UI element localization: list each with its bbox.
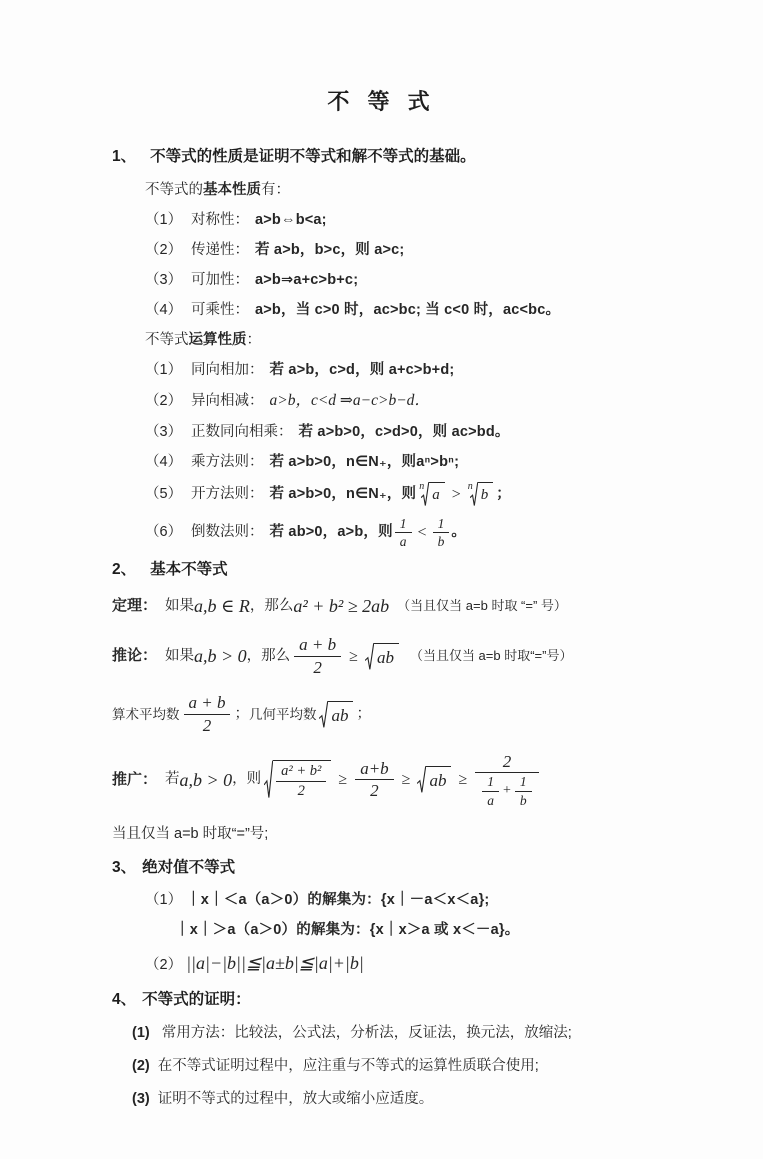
list-item: （1） 对称性： a>b⇔b<a; [112,210,651,231]
means-line: 算术平均数 a + b 2 ； 几何平均数 ab ； [112,693,651,735]
section-number: 1、 [112,148,136,165]
item-label: 可乘性： [191,300,249,321]
item-label: 可加性： [191,270,249,291]
item-number: （4） [145,300,191,321]
math-nth-root: n a [419,482,445,507]
fraction-numerator: a + b [294,635,341,657]
fraction-numerator: 1 [482,774,499,792]
item-label: 对称性： [191,210,249,231]
math-fraction: a + b 2 [294,635,341,677]
fraction-denominator: 2 [365,780,384,801]
item-text: a>b⇒a+c>b+c; [255,270,358,291]
list-item: （4） 乘方法则： 若 a>b>0，n∈N₊，则aⁿ>bⁿ; [112,452,651,473]
math-fraction: a + b 2 [184,693,231,735]
abs-item-1: （1） ｜x｜＜a（a＞0）的解集为：{x｜－a＜x＜a}; [112,890,651,911]
math-square-root: ab [365,643,399,671]
item-text: ｜x｜＜a（a＞0）的解集为：{x｜－a＜x＜a}; [186,892,489,908]
item-text: 若 a>b>0，c>d>0，则 ac>bd。 [299,422,510,443]
comparison-operator: ≥ [458,768,467,791]
fraction-denominator: a [482,792,499,809]
section-4-heading: 4、不等式的证明： [112,989,651,1011]
proof-item: (2)在不等式证明过程中，应注重与不等式的运算性质联合使用; [112,1056,651,1077]
item-text-post: 。 [451,522,466,543]
math-fraction: 1 a [395,516,412,550]
line-end: ； [356,704,371,725]
page-title: 不 等 式 [112,86,651,118]
section-heading-text: 不等式的证明： [142,991,251,1008]
item-label: 正数同向相乘： [191,422,293,443]
proof-item: (3)证明不等式的过程中，放大或缩小应适度。 [112,1089,651,1110]
theorem-math-2: a² + b² ≥ 2ab [293,593,389,619]
item-number: （4） [145,452,191,473]
math-complex-fraction: 2 1 a + 1 b [475,752,538,809]
item-text: 常用方法：比较法，公式法，分析法，反证法，换元法，放缩法; [162,1025,572,1041]
item-text: a>b⇔b<a; [255,210,327,231]
fraction-numerator: 1 [515,774,532,792]
fraction-numerator: 2 [475,752,538,774]
list-item: （2） 传递性： 若 a>b，b>c，则 a>c; [112,240,651,261]
radical-sign-icon [264,760,273,799]
corollary-math-1: a,b > 0 [194,643,247,669]
subheading-pre: 不等式 [145,332,189,348]
list-item-root-rule: （5） 开方法则： 若 a>b>0，n∈N₊，则 n a > n b ； [112,482,651,507]
radical-sign-icon [421,482,429,507]
item-number: （2） [145,391,191,412]
section-3-heading: 3、绝对值不等式 [112,857,651,879]
item-label: 异向相减： [191,391,264,412]
section-heading-text: 不等式的性质是证明不等式和解不等式的基础。 [150,148,476,165]
document-page: 不 等 式 1、不等式的性质是证明不等式和解不等式的基础。 不等式的基本性质有：… [0,0,763,1159]
root-argument: a² + b² 2 [273,760,331,799]
theorem-line: 定理： 如果 a,b ∈ R ，那么 a² + b² ≥ 2ab （当且仅当 a… [112,593,651,619]
list-item-reciprocal-rule: （6） 倒数法则： 若 ab>0，a>b，则 1 a < 1 b 。 [112,516,651,550]
item-label: 同向相加： [191,360,264,381]
fraction-denominator: 2 [308,657,327,678]
extension-mid: ，则 [232,769,261,790]
item-text: 若 a>b，c>d，则 a+c>b+d; [270,360,455,381]
theorem-math-1: a,b ∈ R [194,593,250,619]
arithmetic-mean-label: 算术平均数 [112,705,180,725]
fraction-denominator: a [395,533,412,550]
radical-sign-icon [417,766,426,794]
section-2-heading: 2、基本不等式 [112,559,651,581]
item-label: 倒数法则： [191,522,264,543]
corollary-pre: 如果 [165,646,194,667]
item-number: (1) [132,1025,150,1041]
item-number: （1） [145,210,191,231]
theorem-mid: ，那么 [250,596,294,617]
section-heading-text: 基本不等式 [150,561,228,578]
math-square-root: ab [319,701,353,729]
list-item: （3） 正数同向相乘： 若 a>b>0，c>d>0，则 ac>bd。 [112,422,651,443]
theorem-note: （当且仅当 a=b 时取 “=” 号） [397,597,567,616]
geometric-mean-label: 几何平均数 [249,705,317,725]
item-text: a>b，当 c>0 时，ac>bc; 当 c<0 时，ac<bc。 [255,300,560,321]
plus-operator: + [503,783,511,799]
item-number: （5） [145,484,191,505]
item-text: 若 a>b>0，n∈N₊，则aⁿ>bⁿ; [270,452,460,473]
fraction-denominator: b [433,533,450,550]
comparison-operator: < [418,521,427,544]
subheading-bold: 基本性质 [203,182,261,198]
extension-line: 推广： 若 a,b > 0 ，则 a² + b² 2 ≥ a+b 2 ≥ ab … [112,752,651,809]
subheading-basic-properties: 不等式的基本性质有： [112,180,651,201]
math-nth-root: n b [468,482,494,507]
radical-sign-icon [365,643,374,671]
item-text: 证明不等式的过程中，放大或缩小应适度。 [158,1091,434,1107]
item-number: (3) [132,1091,150,1107]
item-number: （1） [145,360,191,381]
equality-condition-note: 当且仅当 a=b 时取“=”号; [112,824,651,845]
subheading-pre: 不等式的 [145,182,203,198]
corollary-label: 推论： [112,645,157,667]
root-argument: ab [426,766,451,794]
fraction-numerator: a+b [355,759,393,781]
section-number: 2、 [112,561,136,578]
item-number: （2） [145,240,191,261]
item-text: 在不等式证明过程中，应注重与不等式的运算性质联合使用; [158,1058,539,1074]
item-number: （6） [145,522,191,543]
item-text: 若 a>b，b>c，则 a>c; [255,240,404,261]
corollary-note: （当且仅当 a=b 时取“=”号） [410,647,573,666]
math-fraction: 1 b [515,774,532,808]
math-square-root: ab [417,766,451,794]
section-1-heading: 1、不等式的性质是证明不等式和解不等式的基础。 [112,146,651,168]
item-text: ｜x｜＞a（a＞0）的解集为：{x｜x＞a 或 x＜－a}。 [175,922,519,938]
extension-math-1: a,b > 0 [180,767,233,793]
item-math: a>b，c<d ⇒a−c>b−d． [270,390,430,412]
item-text-pre: 若 ab>0，a>b，则 [270,522,393,543]
list-item: （2） 异向相减： a>b，c<d ⇒a−c>b−d． [112,390,651,412]
math-fraction: 1 b [433,516,450,550]
section-number: 4、 [112,991,136,1008]
fraction-numerator: 1 [433,516,450,534]
item-label: 传递性： [191,240,249,261]
comparison-operator: ≥ [338,768,347,791]
subheading-bold: 运算性质 [189,332,247,348]
item-text-pre: 若 a>b>0，n∈N₊，则 [270,484,417,505]
item-label: 乘方法则： [191,452,264,473]
fraction-denominator: b [515,792,532,809]
item-number: (2) [132,1058,150,1074]
corollary-mid: ，那么 [247,646,291,667]
list-item: （3） 可加性： a>b⇒a+c>b+c; [112,270,651,291]
fraction-denominator: 1 a + 1 b [475,773,538,808]
root-argument: ab [328,701,353,729]
section-heading-text: 绝对值不等式 [142,859,235,876]
fraction-numerator: a + b [184,693,231,715]
extension-label: 推广： [112,769,157,791]
comparison-operator: ≥ [349,645,358,668]
math-fraction: a² + b² 2 [276,763,326,799]
section-number: 3、 [112,859,136,876]
item-number: （1） [145,892,182,908]
fraction-denominator: 2 [198,715,217,736]
math-fraction: 1 a [482,774,499,808]
root-argument: ab [374,643,399,671]
proof-item: (1)常用方法：比较法，公式法，分析法，反证法，换元法，放缩法; [112,1023,651,1044]
item-label: 开方法则： [191,484,264,505]
extension-pre: 若 [165,769,180,790]
subheading-post: ： [247,332,262,348]
list-item: （4） 可乘性： a>b，当 c>0 时，ac>bc; 当 c<0 时，ac<b… [112,300,651,321]
radical-sign-icon [319,701,328,729]
item-number: （3） [145,270,191,291]
root-argument: b [478,482,494,507]
corollary-line: 推论： 如果 a,b > 0 ，那么 a + b 2 ≥ ab （当且仅当 a=… [112,635,651,677]
separator: ； [234,704,249,725]
item-number: （2） [145,957,182,973]
comparison-operator: ≥ [402,768,411,791]
fraction-numerator: a² + b² [276,763,326,782]
subheading-post: 有： [261,182,290,198]
subheading-operation-properties: 不等式运算性质： [112,330,651,351]
item-text-post: ； [496,484,511,505]
theorem-label: 定理： [112,595,157,617]
comparison-operator: > [452,483,461,506]
math-square-root-of-fraction: a² + b² 2 [264,760,331,799]
theorem-pre: 如果 [165,596,194,617]
math-fraction: a+b 2 [355,759,393,801]
item-number: （3） [145,422,191,443]
list-item: （1） 同向相加： 若 a>b，c>d，则 a+c>b+d; [112,360,651,381]
abs-item-2: （2） ||a|−|b||≦|a±b|≦|a|+|b| [112,950,651,976]
abs-item-1b: ｜x｜＞a（a＞0）的解集为：{x｜x＞a 或 x＜－a}。 [112,920,651,941]
fraction-denominator: 2 [293,782,310,800]
fraction-numerator: 1 [395,516,412,534]
radical-sign-icon [470,482,478,507]
item-math: ||a|−|b||≦|a±b|≦|a|+|b| [186,953,364,973]
root-argument: a [429,482,445,507]
